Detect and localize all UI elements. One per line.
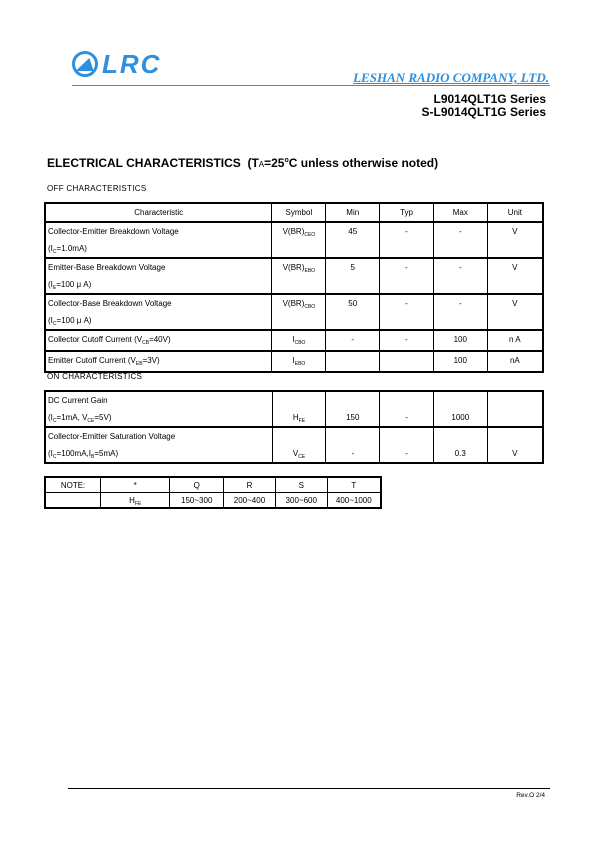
col-characteristic: Characteristic bbox=[45, 203, 272, 222]
min-cell bbox=[326, 351, 380, 372]
unit-cell: n A bbox=[487, 330, 543, 351]
title-cond-mid: =25 bbox=[264, 156, 284, 170]
unit-cell bbox=[487, 391, 543, 427]
char-name: Collector-Emitter Breakdown Voltage bbox=[48, 223, 269, 240]
col-symbol: Symbol bbox=[272, 203, 326, 222]
note-value: 300~600 bbox=[275, 493, 327, 509]
char-name: Emitter-Base Breakdown Voltage bbox=[48, 259, 269, 276]
hfe-classification-table: NOTE: * Q R S T HFE 150~300 200~400 300~… bbox=[44, 476, 382, 509]
table-row: Collector-Base Breakdown Voltage(IC=100 … bbox=[45, 294, 543, 330]
title-main: ELECTRICAL CHARACTERISTICS bbox=[47, 156, 241, 170]
symbol-cell: V(BR)CEO bbox=[272, 222, 326, 258]
symbol-cell: V(BR)CBO bbox=[272, 294, 326, 330]
max-cell: 1000 bbox=[433, 391, 487, 427]
max-cell: - bbox=[433, 294, 487, 330]
footer-divider bbox=[68, 788, 550, 789]
char-name: Collector-Emitter Saturation Voltage bbox=[48, 428, 270, 445]
char-cond: (IC=100mA,IB=5mA) bbox=[48, 445, 270, 462]
characteristic-cell: Emitter-Base Breakdown Voltage(IE=100 μ … bbox=[45, 258, 272, 294]
characteristic-cell: DC Current Gain(IC=1mA, VCE=5V) bbox=[45, 391, 272, 427]
note-label: NOTE: bbox=[45, 477, 101, 493]
series-title-1: L9014QLT1G Series bbox=[434, 92, 547, 106]
max-cell: - bbox=[433, 258, 487, 294]
unit-cell: nA bbox=[487, 351, 543, 372]
note-col: S bbox=[275, 477, 327, 493]
typ-cell bbox=[380, 351, 434, 372]
note-col: Q bbox=[170, 477, 224, 493]
symbol-cell: HFE bbox=[272, 391, 326, 427]
table-row: DC Current Gain(IC=1mA, VCE=5V) HFE 150 … bbox=[45, 391, 543, 427]
note-header-row: NOTE: * Q R S T bbox=[45, 477, 381, 493]
char-cond: (IC=1mA, VCE=5V) bbox=[48, 409, 270, 426]
max-cell: 100 bbox=[433, 330, 487, 351]
unit-cell: V bbox=[487, 427, 543, 463]
typ-cell: - bbox=[380, 258, 434, 294]
characteristic-cell: Collector-Emitter Saturation Voltage(IC=… bbox=[45, 427, 272, 463]
col-typ: Typ bbox=[380, 203, 434, 222]
title-cond-suffix: C unless otherwise noted) bbox=[289, 156, 438, 170]
max-cell: - bbox=[433, 222, 487, 258]
table-row: Collector-Emitter Saturation Voltage(IC=… bbox=[45, 427, 543, 463]
company-name: LESHAN RADIO COMPANY, LTD. bbox=[353, 70, 549, 86]
note-col: * bbox=[101, 477, 170, 493]
col-max: Max bbox=[433, 203, 487, 222]
lrc-logo: LRC bbox=[72, 48, 161, 80]
symbol-cell: VCE bbox=[272, 427, 326, 463]
off-characteristics-table: Characteristic Symbol Min Typ Max Unit C… bbox=[44, 202, 544, 373]
header-divider bbox=[72, 85, 550, 86]
typ-cell: - bbox=[380, 222, 434, 258]
table-header-row: Characteristic Symbol Min Typ Max Unit bbox=[45, 203, 543, 222]
note-col: R bbox=[224, 477, 276, 493]
title-cond: (T bbox=[247, 156, 258, 170]
symbol-cell: ICBO bbox=[272, 330, 326, 351]
on-characteristics-table: DC Current Gain(IC=1mA, VCE=5V) HFE 150 … bbox=[44, 390, 544, 464]
section-title: ELECTRICAL CHARACTERISTICS (TA=25oC unle… bbox=[47, 156, 438, 170]
note-col: T bbox=[327, 477, 381, 493]
typ-cell: - bbox=[380, 294, 434, 330]
char-name: Collector-Base Breakdown Voltage bbox=[48, 295, 269, 312]
char-cond: (IE=100 μ A) bbox=[48, 276, 269, 293]
typ-cell: - bbox=[380, 391, 434, 427]
symbol-cell: IEBO bbox=[272, 351, 326, 372]
typ-cell: - bbox=[380, 427, 434, 463]
char-name: DC Current Gain bbox=[48, 392, 270, 409]
characteristic-cell: Collector-Emitter Breakdown Voltage(IC=1… bbox=[45, 222, 272, 258]
col-min: Min bbox=[326, 203, 380, 222]
max-cell: 100 bbox=[433, 351, 487, 372]
note-value-row: HFE 150~300 200~400 300~600 400~1000 bbox=[45, 493, 381, 509]
symbol-cell: V(BR)EBO bbox=[272, 258, 326, 294]
note-row-label bbox=[45, 493, 101, 509]
on-heading: ON CHARACTERISTICS bbox=[47, 372, 142, 381]
characteristic-cell: Collector-Base Breakdown Voltage(IC=100 … bbox=[45, 294, 272, 330]
col-unit: Unit bbox=[487, 203, 543, 222]
table-row: Emitter Cutoff Current (VEB=3V) IEBO 100… bbox=[45, 351, 543, 372]
note-value: 150~300 bbox=[170, 493, 224, 509]
note-value: 200~400 bbox=[224, 493, 276, 509]
char-cond: (IC=100 μ A) bbox=[48, 312, 269, 329]
char-cond: (IC=1.0mA) bbox=[48, 240, 269, 257]
min-cell: 150 bbox=[326, 391, 380, 427]
table-row: Emitter-Base Breakdown Voltage(IE=100 μ … bbox=[45, 258, 543, 294]
off-heading: OFF CHARACTERISTICS bbox=[47, 184, 146, 193]
series-title-2: S-L9014QLT1G Series bbox=[422, 105, 547, 119]
min-cell: - bbox=[326, 427, 380, 463]
table-row: Collector-Emitter Breakdown Voltage(IC=1… bbox=[45, 222, 543, 258]
lrc-logo-icon bbox=[72, 51, 98, 77]
logo-text: LRC bbox=[102, 49, 161, 80]
typ-cell: - bbox=[380, 330, 434, 351]
min-cell: - bbox=[326, 330, 380, 351]
characteristic-cell: Emitter Cutoff Current (VEB=3V) bbox=[45, 351, 272, 372]
table-row: Collector Cutoff Current (VCB=40V) ICBO … bbox=[45, 330, 543, 351]
unit-cell: V bbox=[487, 258, 543, 294]
note-value: 400~1000 bbox=[327, 493, 381, 509]
min-cell: 5 bbox=[326, 258, 380, 294]
characteristic-cell: Collector Cutoff Current (VCB=40V) bbox=[45, 330, 272, 351]
min-cell: 45 bbox=[326, 222, 380, 258]
note-param: HFE bbox=[101, 493, 170, 509]
revision-page: Rev.O 2/4 bbox=[516, 792, 545, 799]
unit-cell: V bbox=[487, 222, 543, 258]
unit-cell: V bbox=[487, 294, 543, 330]
min-cell: 50 bbox=[326, 294, 380, 330]
max-cell: 0.3 bbox=[433, 427, 487, 463]
